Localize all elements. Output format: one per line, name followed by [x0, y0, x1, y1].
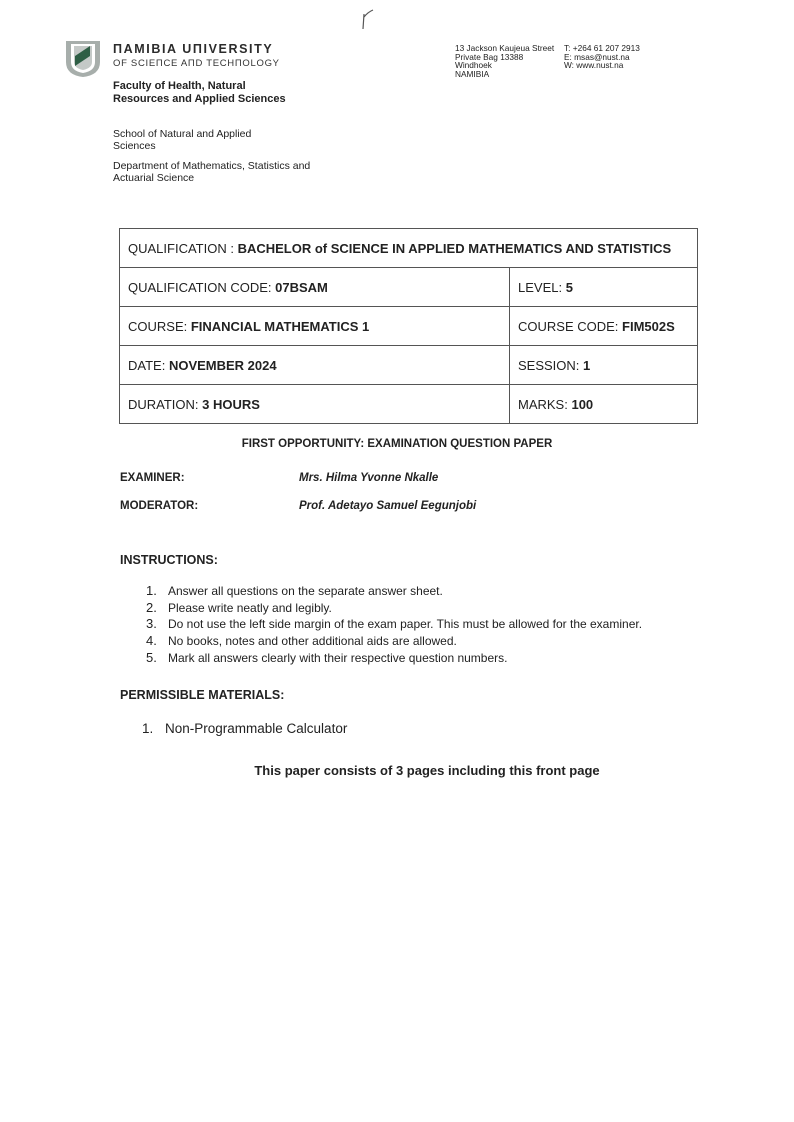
opportunity-title: FIRST OPPORTUNITY: EXAMINATION QUESTION … [0, 438, 794, 450]
list-item: 1.Non-Programmable Calculator [142, 721, 347, 736]
examiner-label: EXAMINER: [120, 472, 185, 484]
university-name: ΠAMIBIA UΠIVERSITY [113, 42, 273, 56]
course-label: COURSE: [128, 319, 191, 334]
department-name: Department of Mathematics, Statistics an… [113, 160, 313, 184]
university-logo-icon [63, 38, 103, 78]
item-number: 1. [146, 583, 168, 600]
item-text: Do not use the left side margin of the e… [168, 616, 642, 633]
course-code-cell: COURSE CODE: FIM502S [510, 307, 698, 346]
item-text: Mark all answers clearly with their resp… [168, 650, 507, 667]
item-text: Non-Programmable Calculator [165, 721, 347, 736]
examiner-name: Mrs. Hilma Yvonne Nkalle [299, 472, 438, 484]
instructions-list: 1.Answer all questions on the separate a… [146, 583, 642, 667]
item-number: 2. [146, 600, 168, 617]
table-row: QUALIFICATION : BACHELOR of SCIENCE IN A… [120, 229, 698, 268]
item-number: 5. [146, 650, 168, 667]
table-row: QUALIFICATION CODE: 07BSAM LEVEL: 5 [120, 268, 698, 307]
qualification-cell: QUALIFICATION : BACHELOR of SCIENCE IN A… [120, 229, 698, 268]
instructions-heading: INSTRUCTIONS: [120, 553, 218, 567]
list-item: 1.Answer all questions on the separate a… [146, 583, 642, 600]
session-value: 1 [583, 358, 590, 373]
date-cell: DATE: NOVEMBER 2024 [120, 346, 510, 385]
moderator-name: Prof. Adetayo Samuel Eegunjobi [299, 500, 476, 512]
university-subtitle: OF SCIEΠCE AΠD TECHΠOLOGY [113, 58, 280, 69]
list-item: 2.Please write neatly and legibly. [146, 600, 642, 617]
contact-website: W: www.nust.na [564, 61, 640, 70]
date-value: NOVEMBER 2024 [169, 358, 277, 373]
page-count-note: This paper consists of 3 pages including… [0, 763, 794, 778]
duration-value: 3 HOURS [202, 397, 260, 412]
moderator-label: MODERATOR: [120, 500, 198, 512]
qualification-code-value: 07BSAM [275, 280, 328, 295]
course-value: FINANCIAL MATHEMATICS 1 [191, 319, 369, 334]
address-line: NAMIBIA [455, 70, 554, 79]
level-cell: LEVEL: 5 [510, 268, 698, 307]
item-number: 4. [146, 633, 168, 650]
table-row: DATE: NOVEMBER 2024 SESSION: 1 [120, 346, 698, 385]
item-text: Answer all questions on the separate ans… [168, 583, 443, 600]
list-item: 5.Mark all answers clearly with their re… [146, 650, 642, 667]
faculty-name: Faculty of Health, Natural Resources and… [113, 80, 293, 106]
contact-info: T: +264 61 207 2913 E: msas@nust.na W: w… [564, 44, 640, 70]
marks-value: 100 [571, 397, 593, 412]
list-item: 4.No books, notes and other additional a… [146, 633, 642, 650]
date-label: DATE: [128, 358, 169, 373]
table-row: DURATION: 3 HOURS MARKS: 100 [120, 385, 698, 424]
level-value: 5 [566, 280, 573, 295]
marks-cell: MARKS: 100 [510, 385, 698, 424]
session-cell: SESSION: 1 [510, 346, 698, 385]
qualification-code-cell: QUALIFICATION CODE: 07BSAM [120, 268, 510, 307]
session-label: SESSION: [518, 358, 583, 373]
materials-heading: PERMISSIBLE MATERIALS: [120, 688, 284, 702]
qualification-code-label: QUALIFICATION CODE: [128, 280, 275, 295]
table-row: COURSE: FINANCIAL MATHEMATICS 1 COURSE C… [120, 307, 698, 346]
duration-cell: DURATION: 3 HOURS [120, 385, 510, 424]
qualification-value: BACHELOR of SCIENCE IN APPLIED MATHEMATI… [238, 241, 672, 256]
level-label: LEVEL: [518, 280, 566, 295]
qualification-label: QUALIFICATION : [128, 241, 238, 256]
marks-label: MARKS: [518, 397, 571, 412]
item-text: Please write neatly and legibly. [168, 600, 332, 617]
list-item: 3.Do not use the left side margin of the… [146, 616, 642, 633]
item-number: 3. [146, 616, 168, 633]
item-number: 1. [142, 721, 165, 736]
item-text: No books, notes and other additional aid… [168, 633, 457, 650]
materials-list: 1.Non-Programmable Calculator [142, 721, 347, 736]
handwritten-tick-mark [358, 8, 376, 30]
postal-address: 13 Jackson Kaujeua Street Private Bag 13… [455, 44, 554, 78]
school-name: School of Natural and Applied Sciences [113, 128, 293, 152]
course-cell: COURSE: FINANCIAL MATHEMATICS 1 [120, 307, 510, 346]
duration-label: DURATION: [128, 397, 202, 412]
course-code-label: COURSE CODE: [518, 319, 622, 334]
course-code-value: FIM502S [622, 319, 675, 334]
exam-info-table: QUALIFICATION : BACHELOR of SCIENCE IN A… [119, 228, 698, 424]
